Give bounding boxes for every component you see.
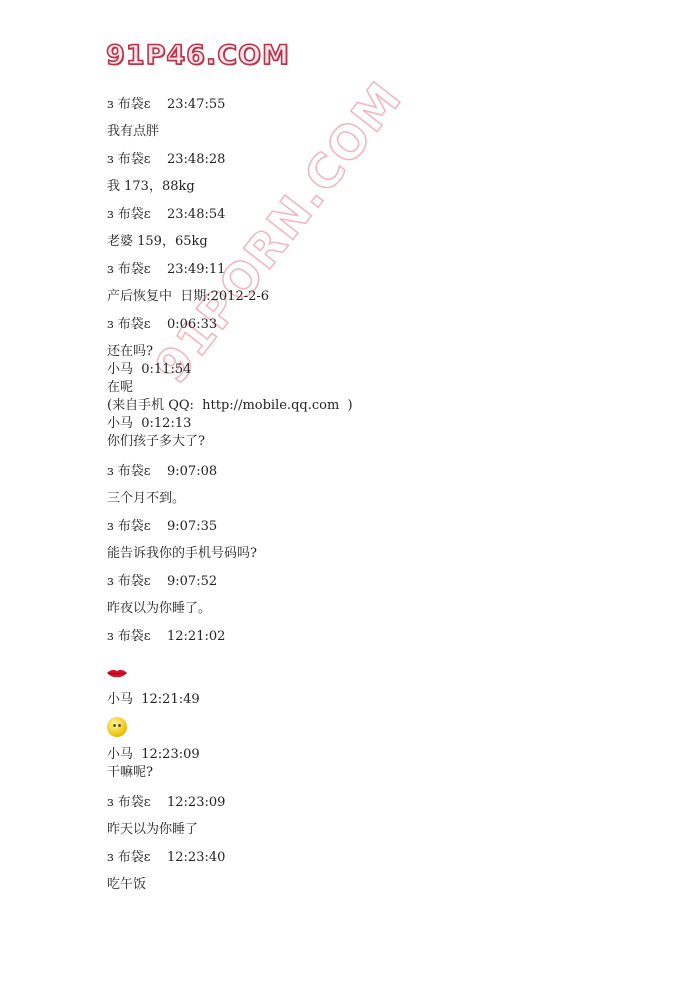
message-header: ɜ 布袋ɛ 12:21:02 [107, 629, 225, 645]
message-text: 干嘛呢? [107, 765, 153, 781]
message-text: 在呢 [107, 380, 133, 396]
site-logo: 91P46.COM [106, 40, 290, 71]
message-text: 能告诉我你的手机号码吗? [107, 546, 257, 562]
message-header: ɜ 布袋ɛ 9:07:08 [107, 464, 217, 480]
message-header: ɜ 布袋ɛ 23:49:11 [107, 262, 225, 278]
message-text: 产后恢复中 日期:2012-2-6 [107, 289, 269, 305]
message-text: 我有点胖 [107, 124, 159, 140]
message-text: 三个月不到。 [107, 491, 185, 507]
message-header: ɜ 布袋ɛ 23:48:54 [107, 207, 225, 223]
message-header: ɜ 布袋ɛ 9:07:35 [107, 519, 217, 535]
message-text: (来自手机 QQ: http://mobile.qq.com ) [107, 398, 353, 414]
smiley-icon [107, 717, 127, 737]
message-header: ɜ 布袋ɛ 9:07:52 [107, 574, 217, 590]
lips-icon [107, 663, 127, 682]
message-header: 小马 0:11:54 [107, 362, 191, 378]
message-header: ɜ 布袋ɛ 23:48:28 [107, 152, 225, 168]
message-text: 还在吗? [107, 344, 153, 360]
message-header: 小马 12:23:09 [107, 747, 200, 763]
message-text: 昨天以为你睡了 [107, 822, 198, 838]
message-header: ɜ 布袋ɛ 23:47:55 [107, 97, 225, 113]
watermark: 91PORN.COM [144, 71, 412, 393]
message-text: 昨夜以为你睡了。 [107, 601, 211, 617]
message-header: 小马 12:21:49 [107, 692, 200, 708]
message-header: 小马 0:12:13 [107, 416, 191, 432]
message-text: 吃午饭 [107, 877, 146, 893]
message-text: 老婆 159，65kg [107, 234, 208, 250]
message-text: 你们孩子多大了? [107, 434, 205, 450]
message-header: ɜ 布袋ɛ 12:23:40 [107, 850, 225, 866]
message-text: 我 173，88kg [107, 179, 195, 195]
message-header: ɜ 布袋ɛ 0:06:33 [107, 317, 217, 333]
message-header: ɜ 布袋ɛ 12:23:09 [107, 795, 225, 811]
